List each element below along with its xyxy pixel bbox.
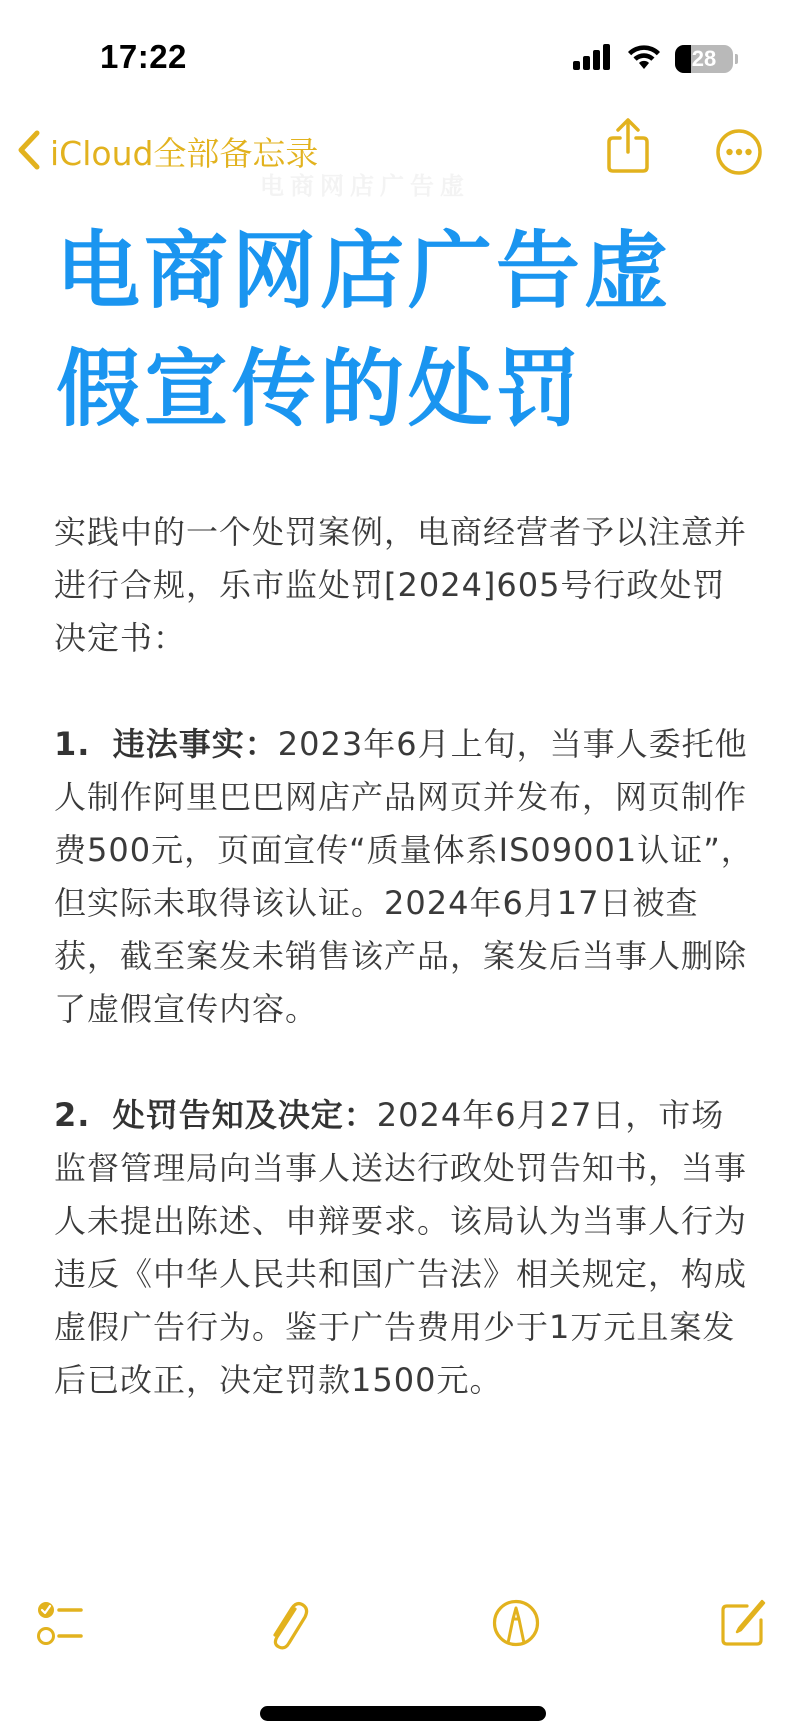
battery-tip [735, 54, 738, 64]
ellipsis-circle-icon [715, 161, 763, 180]
intro-paragraph: 实践中的一个处罚案例，电商经营者予以注意并进行合规，乐市监处罚[2024]605… [54, 506, 754, 665]
section-number: 1. [54, 725, 90, 763]
battery-level [675, 45, 691, 73]
status-bar: 17:22 28 [0, 0, 800, 100]
checklist-icon [37, 1598, 87, 1652]
nav-ghost-title: 电商网店广告虚 [260, 166, 470, 201]
more-button[interactable] [715, 128, 765, 178]
status-time: 17:22 [100, 38, 187, 76]
signal-icon [573, 44, 613, 74]
bottom-toolbar [0, 1590, 800, 1670]
section-label: 违法事实： [113, 725, 278, 763]
wifi-icon [627, 44, 661, 74]
section-text: 2024年6月27日，市场监督管理局向当事人送达行政处罚告知书，当事人未提出陈述… [54, 1096, 747, 1399]
chevron-left-icon [16, 129, 42, 175]
note-title-line-2: 假宣传的处罚 [56, 330, 754, 448]
compose-button[interactable] [712, 1590, 772, 1660]
battery-percent: 28 [692, 46, 716, 72]
battery-icon: 28 [675, 45, 733, 73]
share-button[interactable] [605, 118, 655, 178]
note-title[interactable]: 电商网店广告虚 假宣传的处罚 [56, 212, 754, 448]
note-title-line-1: 电商网店广告虚 [56, 212, 754, 330]
section-violation-facts: 1. 违法事实：2023年6月上旬，当事人委托他人制作阿里巴巴网店产品网页并发布… [54, 718, 754, 1036]
note-body[interactable]: 实践中的一个处罚案例，电商经营者予以注意并进行合规，乐市监处罚[2024]605… [54, 506, 754, 1407]
share-icon [605, 159, 651, 178]
pen-circle-icon [491, 1598, 541, 1652]
notes-screen: 17:22 28 [0, 0, 800, 1734]
paperclip-icon [267, 1595, 317, 1655]
nav-bar: iCloud全部备忘录 电商网店广告虚 [0, 118, 800, 188]
section-number: 2. [54, 1096, 90, 1134]
checklist-button[interactable] [32, 1590, 92, 1660]
section-text: 2023年6月上旬，当事人委托他人制作阿里巴巴网店产品网页并发布，网页制作费50… [54, 725, 754, 1028]
attachment-button[interactable] [262, 1590, 322, 1660]
section-label: 处罚告知及决定： [113, 1096, 377, 1134]
status-icons: 28 [573, 44, 738, 74]
note-editor[interactable]: 电商网店广告虚 假宣传的处罚 实践中的一个处罚案例，电商经营者予以注意并进行合规… [54, 212, 754, 1407]
section-penalty-decision: 2. 处罚告知及决定：2024年6月27日，市场监督管理局向当事人送达行政处罚告… [54, 1089, 754, 1407]
compose-icon [717, 1598, 767, 1652]
markup-button[interactable] [486, 1590, 546, 1660]
home-indicator[interactable] [260, 1706, 546, 1721]
